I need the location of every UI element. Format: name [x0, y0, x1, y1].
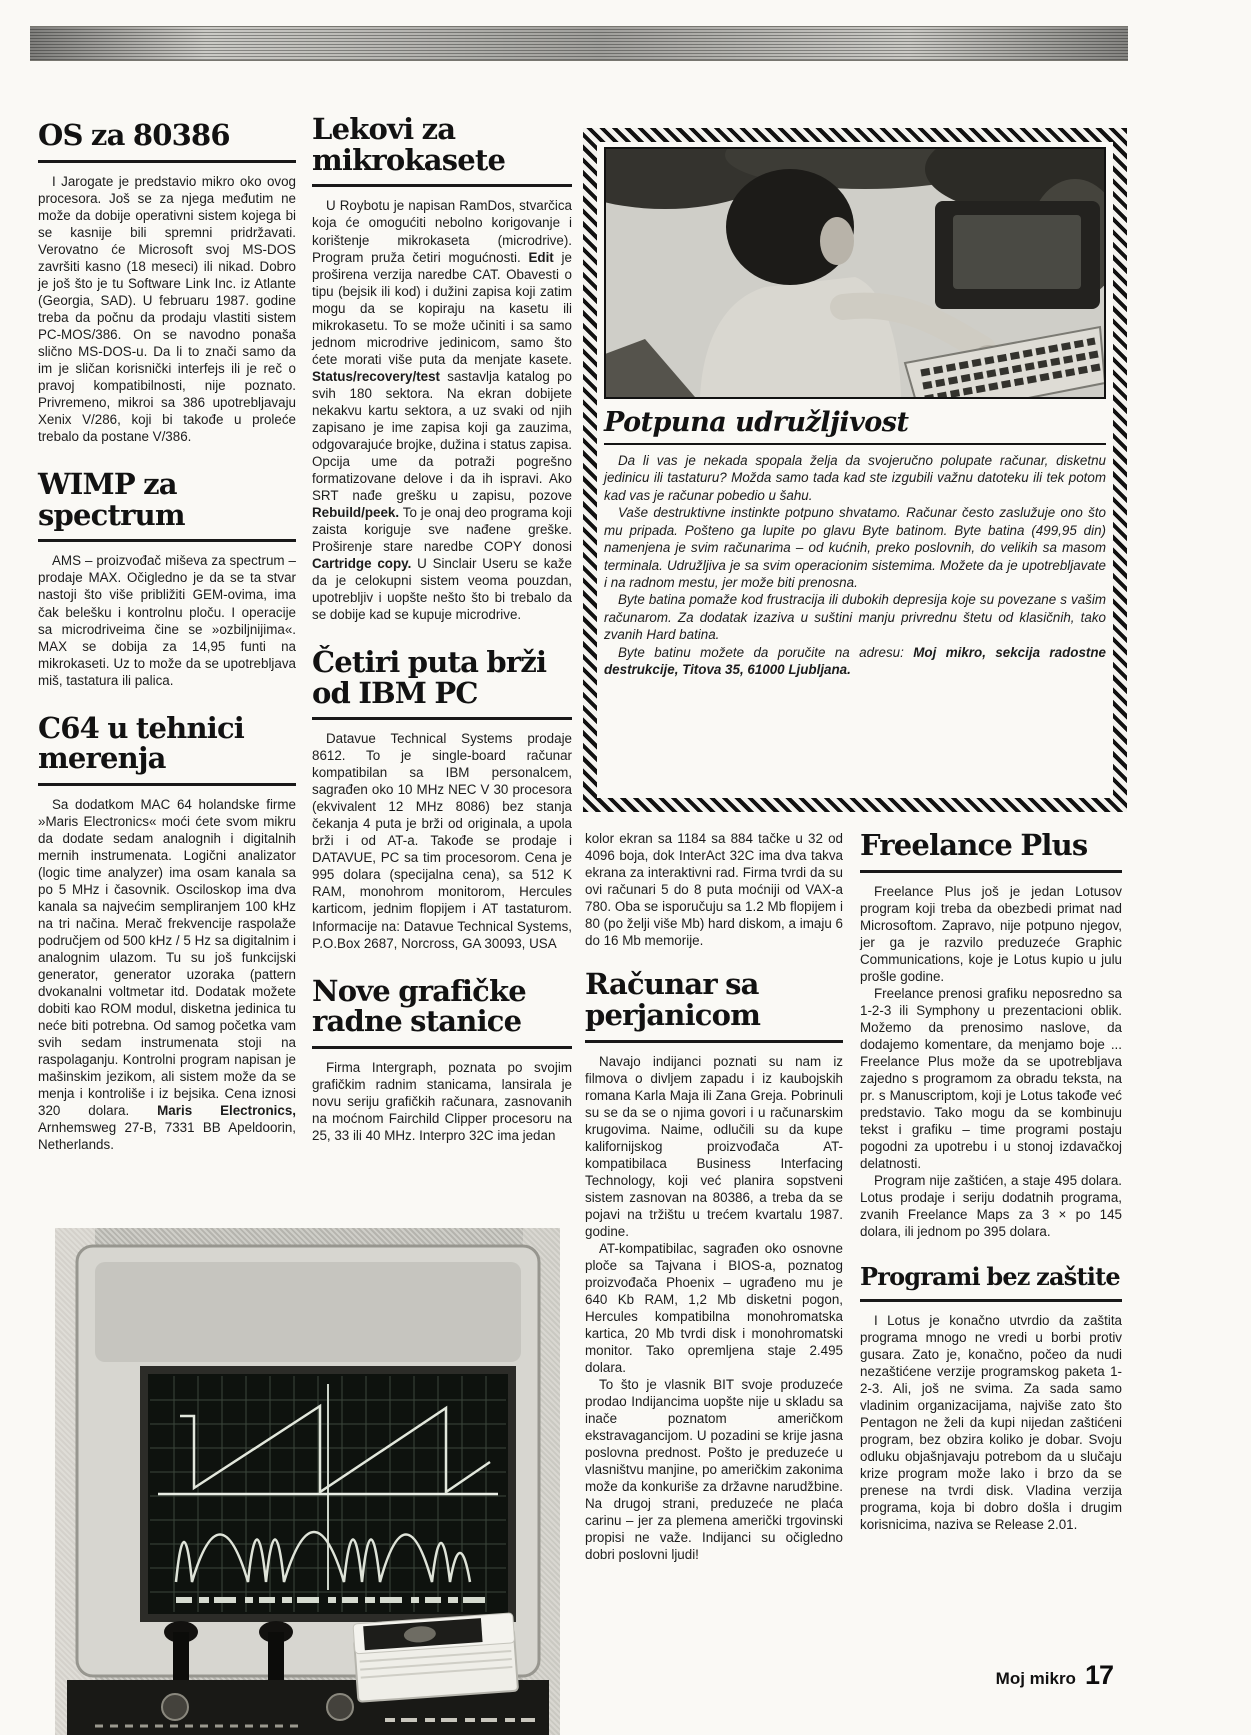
oscilloscope-photo: [55, 1228, 560, 1735]
magazine-page: OS za 80386 I Jarogate je predstavio mik…: [0, 0, 1251, 1735]
article-body: Navajo indijanci poznati su nam iz filmo…: [585, 1053, 843, 1563]
paragraph: Byte batinu možete da poručite na adresu…: [604, 644, 1106, 679]
article-body: Sa dodatkom MAC 64 holandske firme »Mari…: [38, 796, 296, 1153]
paragraph: Program nije zaštićen, a staje 495 dolar…: [860, 1172, 1122, 1240]
article-title: Freelance Plus: [860, 830, 1122, 861]
byte-bat-feature-box: Potpuna udružljivost Da li vas je nekada…: [583, 128, 1127, 812]
headline-rule: [860, 1299, 1122, 1302]
article-radne-stanice: Nove grafičke radne stanice Firma Interg…: [312, 976, 572, 1145]
paragraph: Sa dodatkom MAC 64 holandske firme »Mari…: [38, 796, 296, 1153]
article-body: AMS – proizvođač miševa za spectrum – pr…: [38, 552, 296, 688]
oscilloscope-illustration: [55, 1228, 560, 1735]
article-cetiri-puta-brzi: Četiri puta brži od IBM PC Datavue Techn…: [312, 647, 572, 952]
paragraph: Freelance Plus još je jedan Lotusov prog…: [860, 883, 1122, 985]
paragraph: I Lotus je konačno utvrdio da zaštita pr…: [860, 1312, 1122, 1533]
article-title: WIMP za spectrum: [38, 469, 296, 530]
article-title: C64 u tehnici merenja: [38, 713, 296, 774]
radne-stanice-continuation: kolor ekran sa 1184 sa 884 tačke u 32 od…: [585, 830, 843, 949]
article-wimp-za-spectrum: WIMP za spectrum AMS – proizvođač miševa…: [38, 469, 296, 689]
paragraph: kolor ekran sa 1184 sa 884 tačke u 32 od…: [585, 830, 843, 949]
headline-rule: [312, 184, 572, 187]
paragraph: I Jarogate je predstavio mikro oko ovog …: [38, 173, 296, 445]
byte-bat-photo: [604, 147, 1106, 399]
feature-title-rule: [604, 443, 1106, 445]
paragraph: AMS – proizvođač miševa za spectrum – pr…: [38, 552, 296, 688]
feature-body: Da li vas je nekada spopala želja da svo…: [604, 452, 1106, 678]
article-body: I Jarogate je predstavio mikro oko ovog …: [38, 173, 296, 445]
article-title: OS za 80386: [38, 120, 296, 151]
article-programi-bez-zastite: Programi bez zaštite I Lotus je konačno …: [860, 1264, 1122, 1533]
article-title: Lekovi za mikrokasete: [312, 114, 572, 175]
decorative-band: [30, 26, 1128, 61]
article-body: Datavue Technical Systems prodaje 8612. …: [312, 730, 572, 951]
paragraph: Navajo indijanci poznati su nam iz filmo…: [585, 1053, 843, 1240]
page-number: 17: [1085, 1660, 1113, 1691]
paragraph: U Roybotu je napisan RamDos, stvarčica k…: [312, 197, 572, 622]
article-freelance-plus: Freelance Plus Freelance Plus još je jed…: [860, 830, 1122, 1240]
crt-screen: [144, 1370, 512, 1618]
column-1: OS za 80386 I Jarogate je predstavio mik…: [38, 120, 296, 1153]
article-os-80386: OS za 80386 I Jarogate je predstavio mik…: [38, 120, 296, 445]
paragraph: Vaše destruktivne instinkte potpuno shva…: [604, 504, 1106, 591]
column-2: Lekovi za mikrokasete U Roybotu je napis…: [312, 114, 572, 1144]
headline-rule: [860, 870, 1122, 873]
paragraph: Firma Intergraph, poznata po svojim graf…: [312, 1059, 572, 1144]
paragraph: Datavue Technical Systems prodaje 8612. …: [312, 730, 572, 951]
article-title: Programi bez zaštite: [860, 1264, 1122, 1289]
paragraph: To što je vlasnik BIT svoje produzeće pr…: [585, 1376, 843, 1563]
article-body: U Roybotu je napisan RamDos, stvarčica k…: [312, 197, 572, 622]
article-title: Nove grafičke radne stanice: [312, 976, 572, 1037]
article-c64-merenja: C64 u tehnici merenja Sa dodatkom MAC 64…: [38, 713, 296, 1154]
headline-rule: [38, 160, 296, 163]
article-title: Četiri puta brži od IBM PC: [312, 647, 572, 708]
column-4: Freelance Plus Freelance Plus još je jed…: [860, 830, 1122, 1533]
article-body: Firma Intergraph, poznata po svojim graf…: [312, 1059, 572, 1144]
article-body: I Lotus je konačno utvrdio da zaštita pr…: [860, 1312, 1122, 1533]
headline-rule: [585, 1040, 843, 1043]
paragraph: AT-kompatibilac, sagrađen oko osnovne pl…: [585, 1240, 843, 1376]
article-lekovi-mikrokasete: Lekovi za mikrokasete U Roybotu je napis…: [312, 114, 572, 623]
article-title: Računar sa perjanicom: [585, 969, 843, 1030]
headline-rule: [38, 783, 296, 786]
article-racunar-sa-perjanicom: Računar sa perjanicom Navajo indijanci p…: [585, 969, 843, 1563]
headline-rule: [38, 539, 296, 542]
feature-title: Potpuna udružljivost: [604, 407, 1106, 438]
byte-bat-photo-illustration: [606, 149, 1104, 397]
paragraph: Da li vas je nekada spopala želja da svo…: [604, 452, 1106, 504]
headline-rule: [312, 1046, 572, 1049]
magazine-name: Moj mikro: [996, 1669, 1076, 1689]
headline-rule: [312, 717, 572, 720]
feature-box-inner: Potpuna udružljivost Da li vas je nekada…: [597, 142, 1113, 798]
paragraph: Freelance prenosi grafiku neposredno sa …: [860, 985, 1122, 1172]
page-footer: Moj mikro 17: [996, 1660, 1113, 1691]
column-3: kolor ekran sa 1184 sa 884 tačke u 32 od…: [585, 830, 843, 1563]
paragraph: Byte batina pomaže kod frustracija ili d…: [604, 591, 1106, 643]
article-body: Freelance Plus još je jedan Lotusov prog…: [860, 883, 1122, 1240]
manual-book: [353, 1613, 518, 1702]
